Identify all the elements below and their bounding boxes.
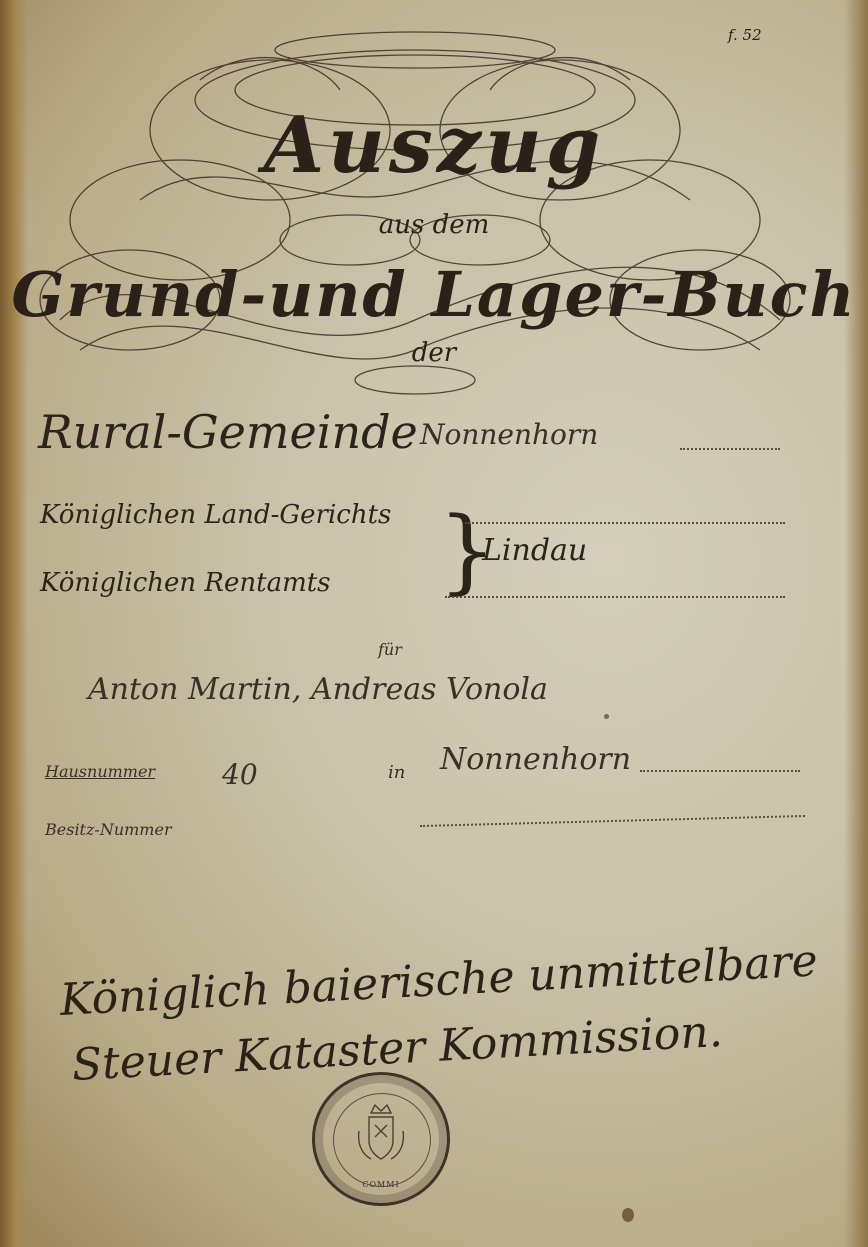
register-name: Grund-und Lager-Buch bbox=[0, 258, 868, 331]
document-title: Auszug bbox=[0, 100, 868, 191]
rentamt-dotted-line bbox=[445, 596, 785, 598]
district-value: Lindau bbox=[482, 533, 587, 568]
besitz-dotted-line bbox=[420, 815, 805, 827]
gemeinde-value: Nonnenhorn bbox=[420, 418, 598, 451]
owner-names: Anton Martin, Andreas Vonola bbox=[88, 672, 548, 707]
landgericht-label: Königlichen Land-Gerichts bbox=[40, 500, 391, 530]
title-subline: aus dem bbox=[0, 210, 868, 240]
gemeinde-dotted-line bbox=[680, 448, 780, 450]
fuer-label: für bbox=[378, 640, 402, 659]
besitz-label: Besitz-Nummer bbox=[45, 820, 172, 839]
seal-text: COMMI bbox=[315, 1180, 447, 1189]
landgericht-dotted-line bbox=[465, 522, 785, 524]
gemeinde-label: Rural-Gemeinde bbox=[38, 405, 418, 459]
document-page: f. 52 Auszug aus dem Grund-und Lager-Buc… bbox=[0, 0, 868, 1247]
ort-value: Nonnenhorn bbox=[440, 742, 631, 777]
ort-dotted-line bbox=[640, 770, 800, 772]
ink-speck bbox=[604, 714, 609, 719]
rentamt-label: Königlichen Rentamts bbox=[40, 568, 331, 598]
hausnummer-label: Hausnummer bbox=[45, 762, 155, 781]
hausnummer-value: 40 bbox=[222, 758, 258, 791]
ink-stain bbox=[622, 1208, 634, 1222]
coat-of-arms-icon bbox=[353, 1101, 409, 1167]
ort-prefix: in bbox=[388, 762, 405, 783]
title-der: der bbox=[0, 338, 868, 368]
official-seal-stamp: COMMI bbox=[312, 1072, 450, 1206]
